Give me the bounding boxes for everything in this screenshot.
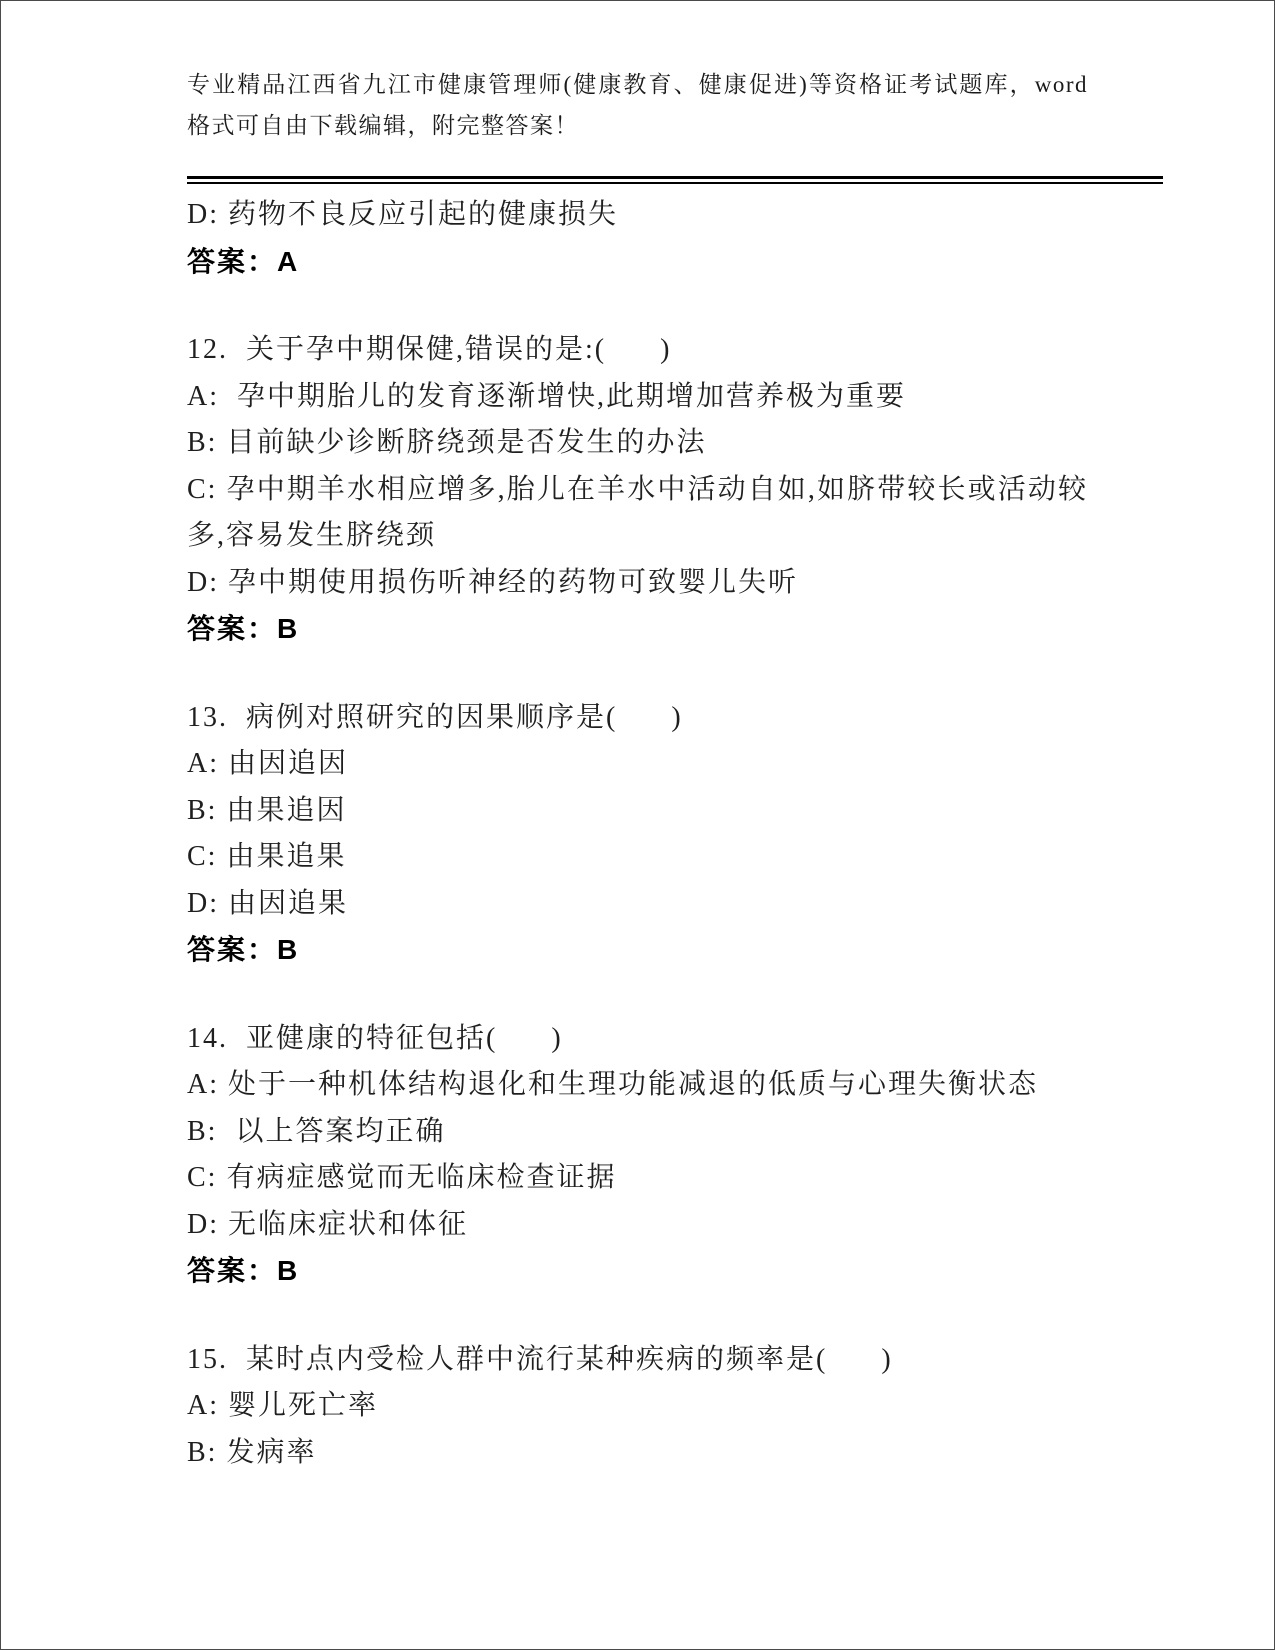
answer-line: 答案：B <box>187 606 1088 653</box>
header-rule <box>187 176 1163 184</box>
page-header: 专业精品江西省九江市健康管理师(健康教育、健康促进)等资格证考试题库，word格… <box>0 0 1275 184</box>
question-block-15: 15. 某时点内受检人群中流行某种疾病的频率是( ) A: 婴儿死亡率 B: 发… <box>187 1337 1088 1477</box>
question-option: C: 由果追果 <box>187 834 1088 881</box>
question-stem: 12. 关于孕中期保健,错误的是:( ) <box>187 327 1088 374</box>
question-option: A: 婴儿死亡率 <box>187 1383 1088 1430</box>
question-block-13: 13. 病例对照研究的因果顺序是( ) A: 由因追因 B: 由果追因 C: 由… <box>187 695 1088 974</box>
answer-line: 答案：B <box>187 1248 1088 1295</box>
header-text: 专业精品江西省九江市健康管理师(健康教育、健康促进)等资格证考试题库，word格… <box>187 64 1088 146</box>
question-stem: 13. 病例对照研究的因果顺序是( ) <box>187 695 1088 742</box>
question-option: A: 孕中期胎儿的发育逐渐增快,此期增加营养极为重要 <box>187 374 1088 421</box>
document-content: D: 药物不良反应引起的健康损失 答案：A 12. 关于孕中期保健,错误的是:(… <box>187 192 1088 1476</box>
question-option: D: 药物不良反应引起的健康损失 <box>187 192 1088 239</box>
question-stem: 14. 亚健康的特征包括( ) <box>187 1016 1088 1063</box>
question-option: A: 处于一种机体结构退化和生理功能减退的低质与心理失衡状态 <box>187 1062 1088 1109</box>
question-option: D: 由因追果 <box>187 881 1088 928</box>
question-option: A: 由因追因 <box>187 741 1088 788</box>
question-option: B: 发病率 <box>187 1430 1088 1477</box>
question-option: B: 由果追因 <box>187 788 1088 835</box>
answer-line: 答案：A <box>187 239 1088 286</box>
question-option: D: 孕中期使用损伤听神经的药物可致婴儿失听 <box>187 560 1088 607</box>
question-option: B: 目前缺少诊断脐绕颈是否发生的办法 <box>187 420 1088 467</box>
question-option: C: 有病症感觉而无临床检查证据 <box>187 1155 1088 1202</box>
question-stem: 15. 某时点内受检人群中流行某种疾病的频率是( ) <box>187 1337 1088 1384</box>
answer-line: 答案：B <box>187 927 1088 974</box>
question-option: C: 孕中期羊水相应增多,胎儿在羊水中活动自如,如脐带较长或活动较多,容易发生脐… <box>187 467 1088 560</box>
question-block-14: 14. 亚健康的特征包括( ) A: 处于一种机体结构退化和生理功能减退的低质与… <box>187 1016 1088 1295</box>
question-option: D: 无临床症状和体征 <box>187 1202 1088 1249</box>
question-block-12: 12. 关于孕中期保健,错误的是:( ) A: 孕中期胎儿的发育逐渐增快,此期增… <box>187 327 1088 653</box>
document-page: 专业精品江西省九江市健康管理师(健康教育、健康促进)等资格证考试题库，word格… <box>0 0 1275 1650</box>
question-option: B: 以上答案均正确 <box>187 1109 1088 1156</box>
